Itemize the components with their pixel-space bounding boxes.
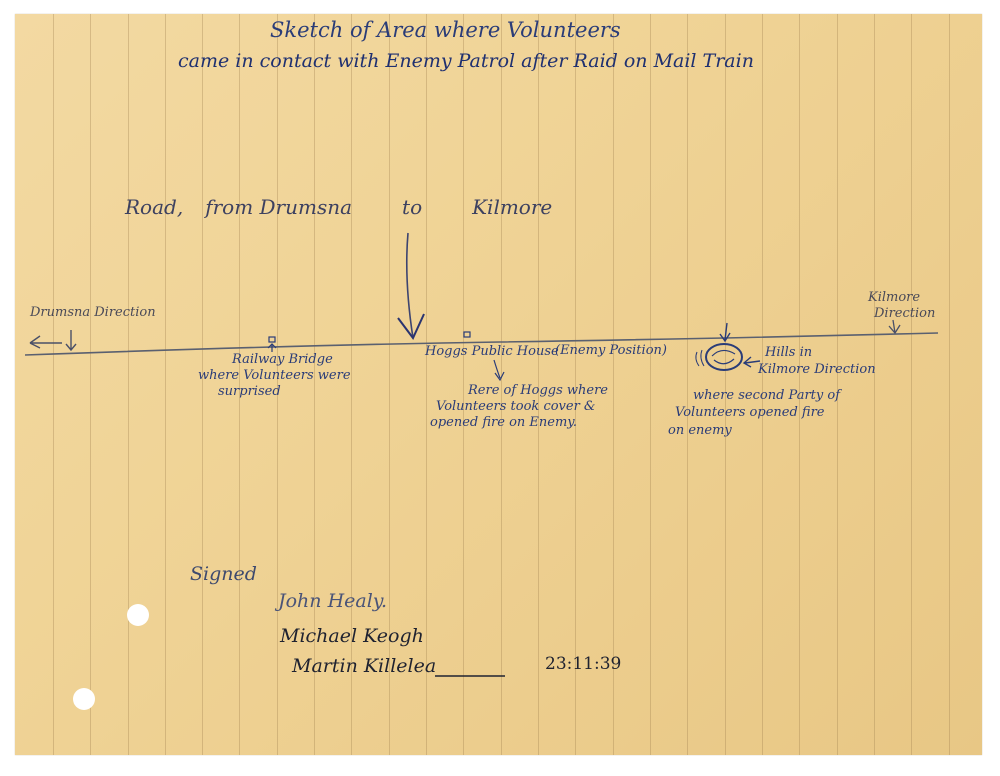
hoggs-rear-line2: Volunteers took cover &: [436, 399, 596, 415]
hoggs-rear-line3: opened fire on Enemy.: [430, 415, 577, 431]
left-direction-label: Drumsna Direction: [30, 305, 156, 321]
title-line-1: Sketch of Area where Volunteers: [270, 18, 621, 42]
signature-date: 23:11:39: [545, 654, 621, 674]
enemy-position-label: (Enemy Position): [555, 343, 667, 359]
hoggs-public-house-label: Hoggs Public House: [425, 344, 559, 360]
signature-martin-killelea: Martin Killelea: [292, 655, 436, 677]
signature-john-healy: John Healy.: [278, 590, 387, 612]
right-direction-label-line2: Direction: [874, 306, 935, 322]
signed-label: Signed: [190, 563, 257, 585]
road-label-from: from Drumsna: [205, 195, 352, 219]
hills-note-line5: on enemy: [668, 423, 732, 439]
railway-bridge-note-line3: surprised: [218, 384, 281, 400]
signature-michael-keogh: Michael Keogh: [280, 625, 424, 647]
hills-label-line2: Kilmore Direction: [758, 362, 876, 378]
hills-note-line3: where second Party of: [693, 388, 840, 404]
hills-label-line1: Hills in: [765, 345, 812, 361]
right-direction-label-line1: Kilmore: [868, 290, 920, 306]
hoggs-rear-line1: Rere of Hoggs where: [468, 383, 608, 399]
road-label: Road,from DrumsnatoKilmore: [125, 195, 602, 219]
title-line-2: came in contact with Enemy Patrol after …: [178, 50, 754, 72]
railway-bridge-note-line2: where Volunteers were: [198, 368, 351, 384]
road-label-to: to: [402, 195, 422, 219]
hills-note-line4: Volunteers opened fire: [675, 405, 825, 421]
road-label-destination: Kilmore: [472, 195, 552, 219]
road-label-word: Road,: [125, 195, 183, 219]
railway-bridge-label: Railway Bridge: [232, 352, 333, 368]
